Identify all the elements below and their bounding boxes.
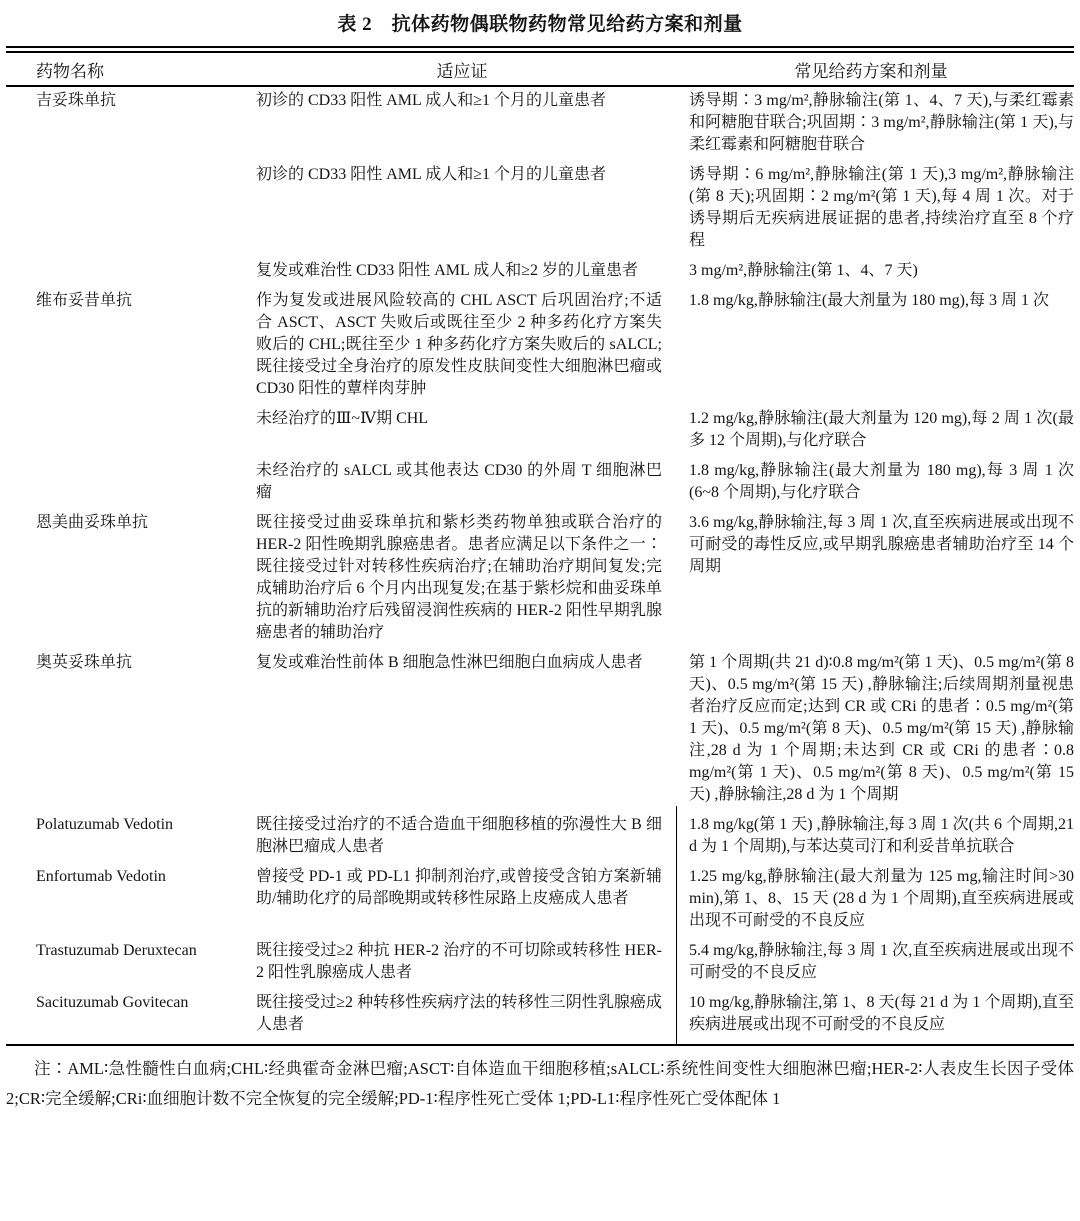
table-footnote: 注∶AML∶急性髓性白血病;CHL∶经典霍奇金淋巴瘤;ASCT∶自体造血干细胞移… xyxy=(6,1046,1074,1114)
table-row: 未经治疗的Ⅲ~Ⅳ期 CHL 1.2 mg/kg,静脉输注(最大剂量为 120 m… xyxy=(6,400,1074,452)
dosage-cell: 3 mg/m²,静脉输注(第 1、4、7 天) xyxy=(668,252,1074,282)
page: 表 2 抗体药物偶联物药物常见给药方案和剂量 药物名称 适应证 常见给药方案和剂… xyxy=(0,0,1080,1221)
indication-cell: 未经治疗的 sALCL 或其他表达 CD30 的外周 T 细胞淋巴瘤 xyxy=(256,452,668,504)
table-row: Enfortumab Vedotin 曾接受 PD-1 或 PD-L1 抑制剂治… xyxy=(6,858,1074,932)
table-row: 恩美曲妥珠单抗 既往接受过曲妥珠单抗和紫杉类药物单独或联合治疗的 HER-2 阳… xyxy=(6,504,1074,644)
table-row: 吉妥珠单抗 初诊的 CD33 阳性 AML 成人和≥1 个月的儿童患者 诱导期∶… xyxy=(6,90,1074,156)
dosage-cell: 3.6 mg/kg,静脉输注,每 3 周 1 次,直至疾病进展或出现不可耐受的毒… xyxy=(668,504,1074,644)
indication-cell: 初诊的 CD33 阳性 AML 成人和≥1 个月的儿童患者 xyxy=(256,90,668,156)
drug-name-cell: Polatuzumab Vedotin xyxy=(6,806,256,858)
drug-name-cell: 恩美曲妥珠单抗 xyxy=(6,504,256,644)
col-header-drug: 药物名称 xyxy=(6,57,256,82)
dosage-cell: 5.4 mg/kg,静脉输注,每 3 周 1 次,直至疾病进展或出现不可耐受的不… xyxy=(676,932,1074,984)
dosage-cell: 1.2 mg/kg,静脉输注(最大剂量为 120 mg),每 2 周 1 次(最… xyxy=(668,400,1074,452)
table-body: 吉妥珠单抗 初诊的 CD33 阳性 AML 成人和≥1 个月的儿童患者 诱导期∶… xyxy=(6,87,1074,1046)
table-row: 复发或难治性 CD33 阳性 AML 成人和≥2 岁的儿童患者 3 mg/m²,… xyxy=(6,252,1074,282)
dosage-cell: 1.25 mg/kg,静脉输注(最大剂量为 125 mg,输注时间>30 min… xyxy=(676,858,1074,932)
indication-cell: 复发或难治性前体 B 细胞急性淋巴细胞白血病成人患者 xyxy=(256,644,668,806)
indication-cell: 既往接受过≥2 种转移性疾病疗法的转移性三阴性乳腺癌成人患者 xyxy=(256,984,668,1044)
table-row: 奥英妥珠单抗 复发或难治性前体 B 细胞急性淋巴细胞白血病成人患者 第 1 个周… xyxy=(6,644,1074,806)
dosage-cell: 诱导期∶6 mg/m²,静脉输注(第 1 天),3 mg/m²,静脉输注(第 8… xyxy=(668,156,1074,252)
drug-name-cell xyxy=(6,400,256,452)
drug-name-cell: 吉妥珠单抗 xyxy=(6,90,256,156)
table-row: 维布妥昔单抗 作为复发或进展风险较高的 CHL ASCT 后巩固治疗;不适合 A… xyxy=(6,282,1074,400)
dosage-cell: 诱导期∶3 mg/m²,静脉输注(第 1、4、7 天),与柔红霉素和阿糖胞苷联合… xyxy=(668,90,1074,156)
col-header-dosage: 常见给药方案和剂量 xyxy=(668,57,1074,82)
col-header-indication: 适应证 xyxy=(256,57,668,82)
dosage-cell: 1.8 mg/kg,静脉输注(最大剂量为 180 mg),每 3 周 1 次(6… xyxy=(668,452,1074,504)
drug-name-cell: Enfortumab Vedotin xyxy=(6,858,256,932)
dosage-cell: 1.8 mg/kg,静脉输注(最大剂量为 180 mg),每 3 周 1 次 xyxy=(668,282,1074,400)
drug-name-cell xyxy=(6,252,256,282)
dosage-cell: 10 mg/kg,静脉输注,第 1、8 天(每 21 d 为 1 个周期),直至… xyxy=(676,984,1074,1044)
indication-cell: 既往接受过治疗的不适合造血干细胞移植的弥漫性大 B 细胞淋巴瘤成人患者 xyxy=(256,806,668,858)
drug-name-cell: 奥英妥珠单抗 xyxy=(6,644,256,806)
table-row: Polatuzumab Vedotin 既往接受过治疗的不适合造血干细胞移植的弥… xyxy=(6,806,1074,858)
data-table: 药物名称 适应证 常见给药方案和剂量 吉妥珠单抗 初诊的 CD33 阳性 AML… xyxy=(6,46,1074,1046)
table-row: 未经治疗的 sALCL 或其他表达 CD30 的外周 T 细胞淋巴瘤 1.8 m… xyxy=(6,452,1074,504)
top-double-rule xyxy=(6,46,1074,53)
drug-name-cell: Trastuzumab Deruxtecan xyxy=(6,932,256,984)
indication-cell: 作为复发或进展风险较高的 CHL ASCT 后巩固治疗;不适合 ASCT、ASC… xyxy=(256,282,668,400)
drug-name-cell xyxy=(6,156,256,252)
dosage-cell: 第 1 个周期(共 21 d)∶0.8 mg/m²(第 1 天)、0.5 mg/… xyxy=(668,644,1074,806)
indication-cell: 未经治疗的Ⅲ~Ⅳ期 CHL xyxy=(256,400,668,452)
indication-cell: 复发或难治性 CD33 阳性 AML 成人和≥2 岁的儿童患者 xyxy=(256,252,668,282)
drug-name-cell xyxy=(6,452,256,504)
table-row: Sacituzumab Govitecan 既往接受过≥2 种转移性疾病疗法的转… xyxy=(6,984,1074,1044)
table-title: 表 2 抗体药物偶联物药物常见给药方案和剂量 xyxy=(6,0,1074,46)
indication-cell: 初诊的 CD33 阳性 AML 成人和≥1 个月的儿童患者 xyxy=(256,156,668,252)
table-row: 初诊的 CD33 阳性 AML 成人和≥1 个月的儿童患者 诱导期∶6 mg/m… xyxy=(6,156,1074,252)
indication-cell: 曾接受 PD-1 或 PD-L1 抑制剂治疗,或曾接受含铂方案新辅助/辅助化疗的… xyxy=(256,858,668,932)
table-row: Trastuzumab Deruxtecan 既往接受过≥2 种抗 HER-2 … xyxy=(6,932,1074,984)
drug-name-cell: Sacituzumab Govitecan xyxy=(6,984,256,1044)
indication-cell: 既往接受过≥2 种抗 HER-2 治疗的不可切除或转移性 HER-2 阳性乳腺癌… xyxy=(256,932,668,984)
dosage-cell: 1.8 mg/kg(第 1 天) ,静脉输注,每 3 周 1 次(共 6 个周期… xyxy=(676,806,1074,858)
header-row: 药物名称 适应证 常见给药方案和剂量 xyxy=(6,53,1074,87)
indication-cell: 既往接受过曲妥珠单抗和紫杉类药物单独或联合治疗的 HER-2 阳性晚期乳腺癌患者… xyxy=(256,504,668,644)
drug-name-cell: 维布妥昔单抗 xyxy=(6,282,256,400)
